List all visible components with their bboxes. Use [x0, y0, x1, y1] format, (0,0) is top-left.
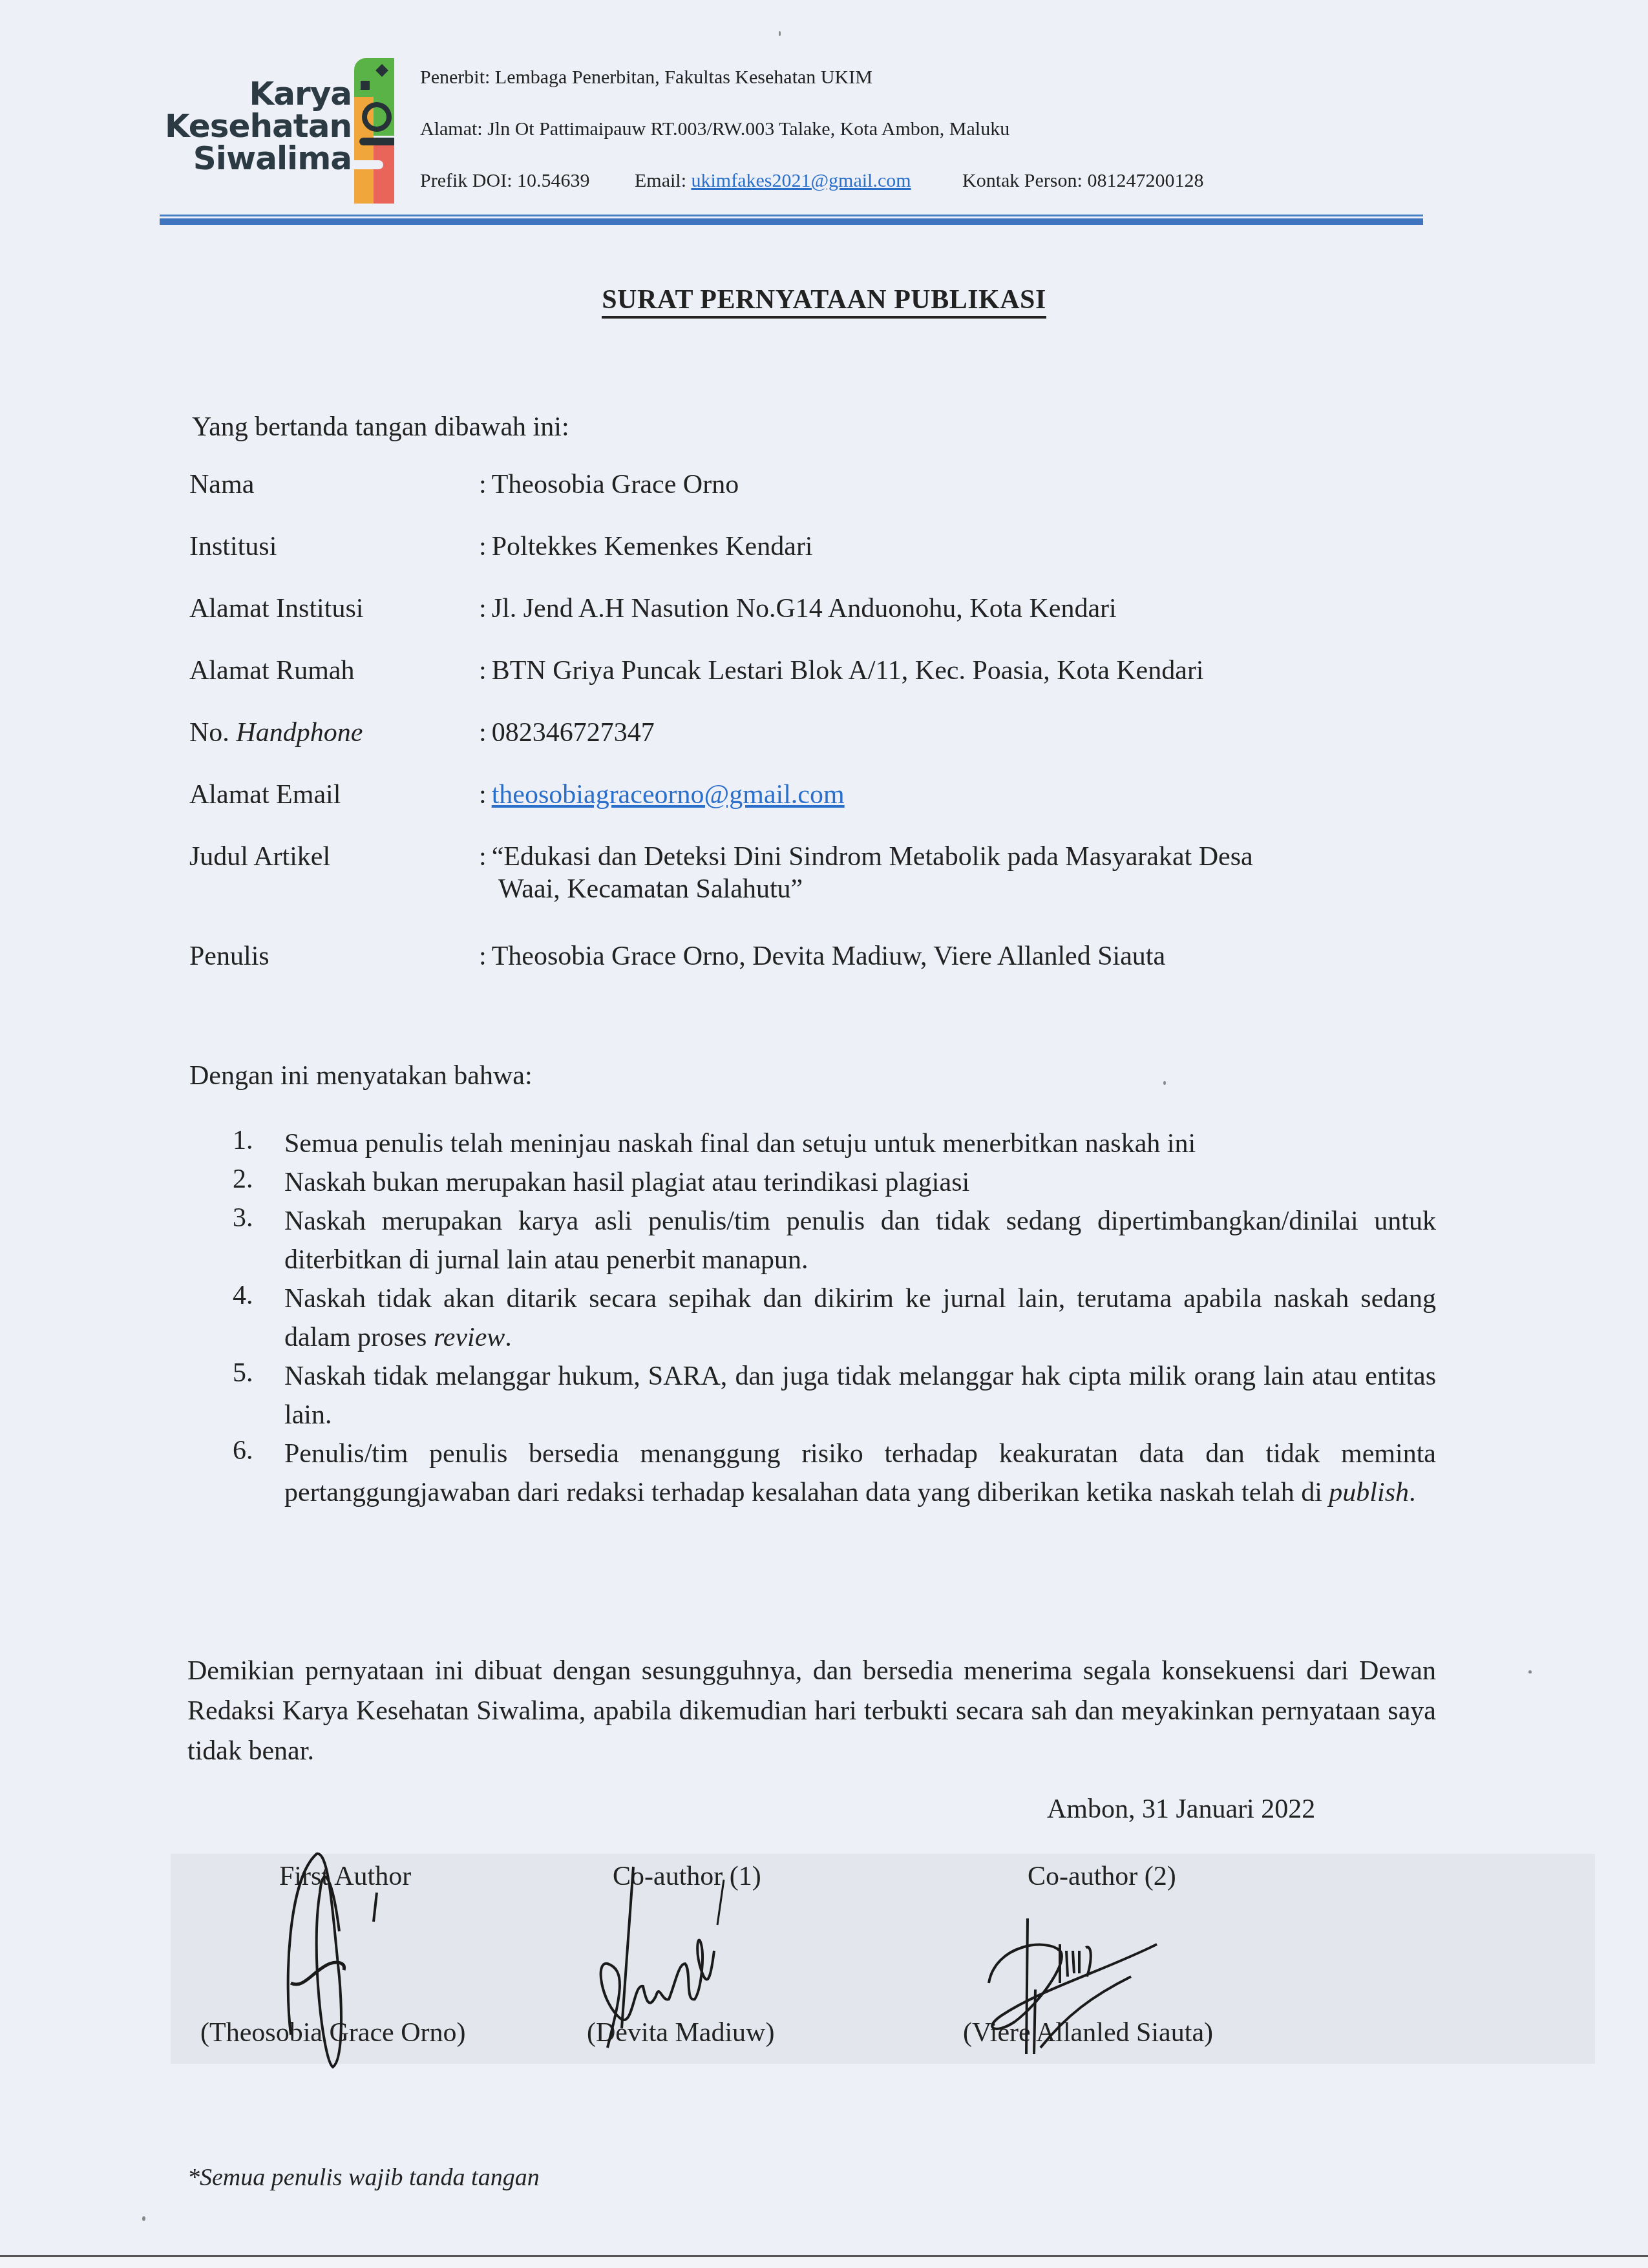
signature-co-author-2-icon: [963, 1854, 1325, 2067]
field-label: Alamat Institusi: [189, 593, 363, 625]
field-value-continued: Waai, Kecamatan Salahutu”: [479, 873, 1448, 905]
doi-value: 10.54639: [517, 170, 590, 192]
field-label-italic: Handphone: [236, 718, 363, 748]
field-value: Theosobia Grace Orno: [492, 470, 739, 499]
field-value: 082346727347: [492, 718, 655, 748]
list-text-italic: review: [434, 1323, 505, 1352]
signature-block-co-author-2: Co-author (2) (Viere Allanled Siauta): [963, 1854, 1325, 2067]
letterhead-divider-thin: [160, 215, 1423, 216]
list-text: Naskah tidak melanggar hukum, SARA, dan …: [284, 1357, 1436, 1434]
logo-line: Siwalima: [165, 142, 352, 174]
list-text: Semua penulis telah meninjau naskah fina…: [284, 1124, 1436, 1163]
journal-logo: Karya Kesehatan Siwalima: [162, 58, 394, 204]
field-label: Nama: [189, 468, 254, 501]
list-text: Naskah tidak akan ditarik secara sepihak…: [284, 1279, 1436, 1357]
logo-line: Karya: [165, 78, 352, 110]
scan-speck: [779, 31, 781, 36]
statement-intro: Dengan ini menyatakan bahwa:: [189, 1060, 533, 1092]
list-number: 4.: [233, 1279, 253, 1312]
document-title: SURAT PERNYATAAN PUBLIKASI: [0, 284, 1648, 315]
field-colon: :: [479, 532, 487, 562]
place-date: Ambon, 31 Januari 2022: [1047, 1793, 1315, 1825]
letterhead-divider-thick: [160, 218, 1423, 225]
contact-label: Kontak Person:: [962, 170, 1083, 192]
signature-co-author-1-icon: [582, 1854, 872, 2067]
scan-speck: [1528, 1670, 1532, 1674]
publisher-line: Penerbit: Lembaga Penerbitan, Fakultas K…: [420, 67, 872, 89]
field-label: Alamat Rumah: [189, 655, 354, 687]
document-page: Karya Kesehatan Siwalima Penerbit: Lemba…: [0, 0, 1648, 2255]
field-label: Alamat Email: [189, 779, 341, 811]
field-colon: :: [479, 656, 487, 686]
field-label: No. Handphone: [189, 717, 363, 749]
list-text: Naskah bukan merupakan hasil plagiat ata…: [284, 1163, 1436, 1202]
field-value: Theosobia Grace Orno, Devita Madiuw, Vie…: [492, 941, 1166, 971]
field-label-prefix: No.: [189, 718, 229, 748]
field-value: Jl. Jend A.H Nasution No.G14 Anduonohu, …: [492, 594, 1117, 624]
list-number: 1.: [233, 1124, 253, 1157]
address-line: Alamat: Jln Ot Pattimaipauw RT.003/RW.00…: [420, 118, 1009, 140]
list-text: Naskah merupakan karya asli penulis/tim …: [284, 1202, 1436, 1279]
field-colon: :: [479, 842, 487, 872]
field-value: “Edukasi dan Deteksi Dini Sindrom Metabo…: [492, 842, 1253, 872]
list-text: Penulis/tim penulis bersedia menanggung …: [284, 1434, 1436, 1512]
list-text-tail: .: [505, 1323, 512, 1352]
field-colon: :: [479, 780, 487, 810]
list-text-tail: .: [1409, 1478, 1416, 1507]
intro-text: Yang bertanda tangan dibawah ini:: [192, 411, 569, 443]
signature-first-author-icon: [194, 1854, 556, 2067]
logo-wordmark: Karya Kesehatan Siwalima: [165, 78, 352, 174]
email-label: Email:: [635, 170, 686, 192]
field-colon: :: [479, 470, 487, 499]
field-colon: :: [479, 718, 487, 748]
scan-speck: [1163, 1081, 1166, 1085]
field-colon: :: [479, 941, 487, 971]
list-number: 6.: [233, 1434, 253, 1467]
list-text-main: Penulis/tim penulis bersedia menanggung …: [284, 1439, 1436, 1507]
address-value: Jln Ot Pattimaipauw RT.003/RW.003 Talake…: [487, 118, 1009, 140]
publisher-label: Penerbit:: [420, 67, 490, 88]
contact-line: Prefik DOI: 10.54639 Email: ukimfakes202…: [420, 170, 1203, 192]
field-label: Judul Artikel: [189, 841, 330, 873]
document-title-text: SURAT PERNYATAAN PUBLIKASI: [602, 285, 1046, 319]
logo-pattern-icon: [354, 58, 394, 204]
field-value: Poltekkes Kemenkes Kendari: [492, 532, 813, 562]
address-label: Alamat:: [420, 118, 483, 140]
signature-block-first-author: First Author (Theosobia Grace Orno): [194, 1854, 556, 2067]
doi-label: Prefik DOI:: [420, 170, 512, 192]
field-label: Institusi: [189, 530, 277, 563]
field-colon: :: [479, 594, 487, 624]
scan-speck: [142, 2216, 145, 2221]
contact-value: 081247200128: [1087, 170, 1203, 192]
list-number: 5.: [233, 1357, 253, 1389]
field-value: BTN Griya Puncak Lestari Blok A/11, Kec.…: [492, 656, 1204, 686]
closing-paragraph: Demikian pernyataan ini dibuat dengan se…: [187, 1651, 1436, 1771]
logo-line: Kesehatan: [165, 110, 352, 142]
publisher-email-link[interactable]: ukimfakes2021@gmail.com: [691, 170, 911, 192]
list-text-italic: publish: [1329, 1478, 1409, 1507]
publisher-value: Lembaga Penerbitan, Fakultas Kesehatan U…: [495, 67, 872, 88]
list-number: 3.: [233, 1202, 253, 1234]
signature-block-co-author-1: Co-author (1) (Devita Madiuw): [582, 1854, 872, 2067]
list-number: 2.: [233, 1163, 253, 1195]
footnote: *Semua penulis wajib tanda tangan: [187, 2163, 540, 2192]
page-bottom-edge: [0, 2255, 1648, 2268]
field-label: Penulis: [189, 940, 269, 972]
author-email-link[interactable]: theosobiagraceorno@gmail.com: [492, 780, 845, 810]
